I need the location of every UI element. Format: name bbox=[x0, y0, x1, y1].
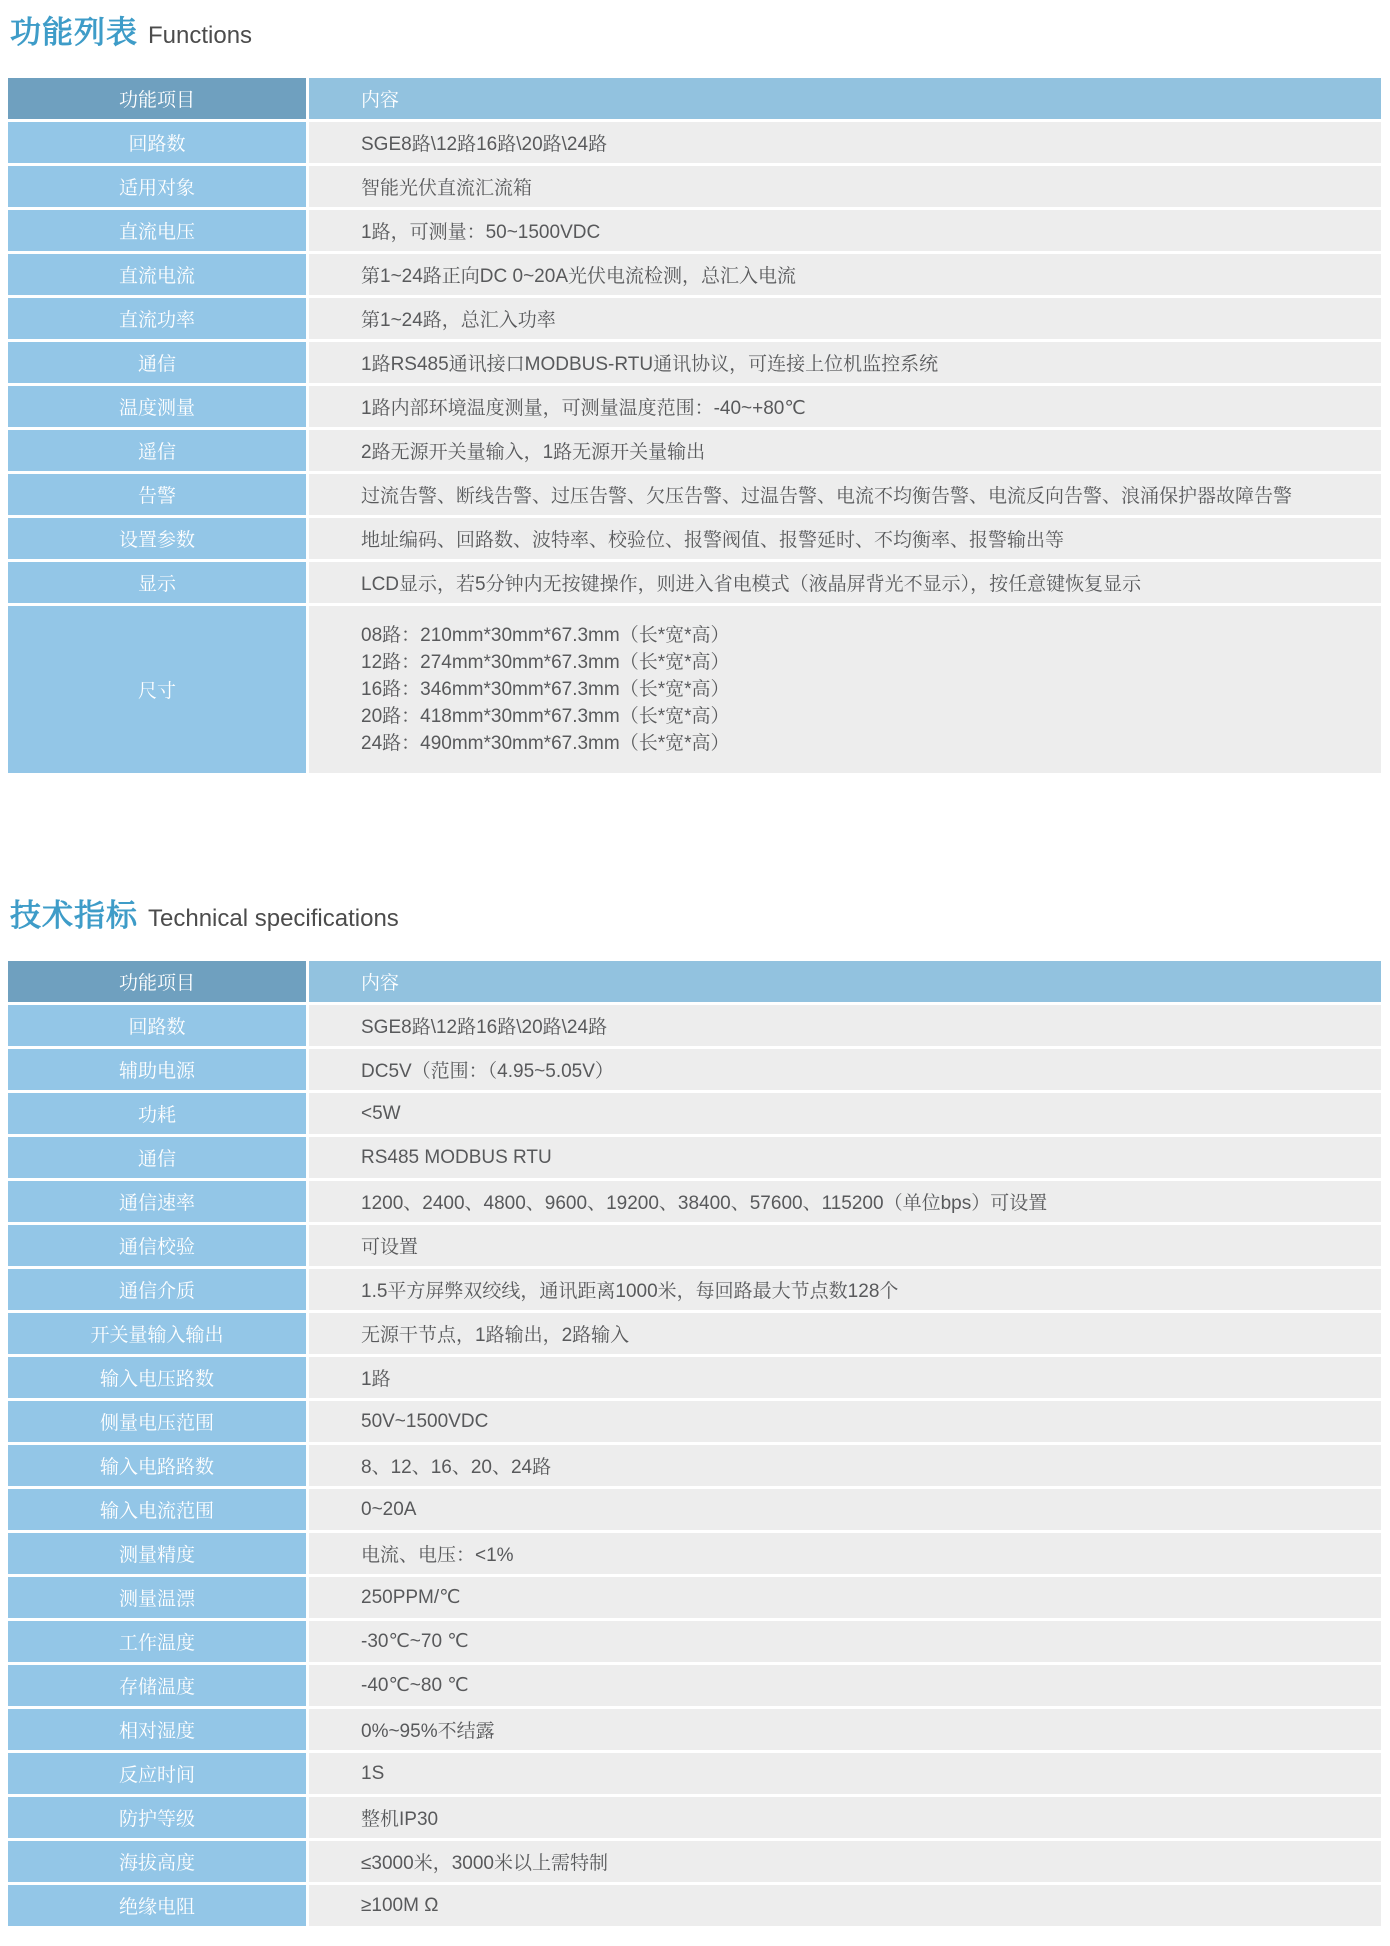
specs-row-label-insulation: 绝缘电阻 bbox=[8, 1885, 306, 1926]
specs-row-value-operating-temp: -30℃~70 ℃ bbox=[309, 1621, 1381, 1662]
specs-row-label-switch-io: 开关量输入输出 bbox=[8, 1313, 306, 1354]
specs-row-value-temp-drift: 250PPM/℃ bbox=[309, 1577, 1381, 1618]
specs-row-label-current-range: 输入电流范围 bbox=[8, 1489, 306, 1530]
functions-row-label-dc-voltage: 直流电压 bbox=[8, 210, 306, 251]
specs-row-label-altitude: 海拔高度 bbox=[8, 1841, 306, 1882]
specs-row-value-insulation: ≥100M Ω bbox=[309, 1885, 1381, 1926]
specs-row-label-communication: 通信 bbox=[8, 1137, 306, 1178]
functions-row-value-remote-signal: 2路无源开关量输入，1路无源开关量输出 bbox=[309, 430, 1381, 471]
functions-row-value-display: LCD显示，若5分钟内无按键操作，则进入省电模式（液晶屏背光不显示），按任意键恢… bbox=[309, 562, 1381, 603]
functions-row-label-dc-power: 直流功率 bbox=[8, 298, 306, 339]
specs-row-label-storage-temp: 存储温度 bbox=[8, 1665, 306, 1706]
specs-row-value-response-time: 1S bbox=[309, 1753, 1381, 1794]
functions-row-label-parameters: 设置参数 bbox=[8, 518, 306, 559]
functions-row-label-remote-signal: 遥信 bbox=[8, 430, 306, 471]
dimension-line-8ch: 08路：210mm*30mm*67.3mm（长*宽*高） bbox=[361, 622, 730, 649]
functions-row-label-application: 适用对象 bbox=[8, 166, 306, 207]
specs-title-en: Technical specifications bbox=[148, 905, 399, 932]
functions-row-value-communication: 1路RS485通讯接口MODBUS-RTU通讯协议，可连接上位机监控系统 bbox=[309, 342, 1381, 383]
functions-row-value-dimensions: 08路：210mm*30mm*67.3mm（长*宽*高） 12路：274mm*3… bbox=[309, 606, 1381, 773]
functions-row-label-alarm: 告警 bbox=[8, 474, 306, 515]
functions-title-zh: 功能列表 bbox=[10, 15, 138, 50]
spec-sheet-page: 功能列表Functions 功能项目 内容 回路数 SGE8路\12路16路\2… bbox=[0, 0, 1390, 1942]
specs-row-value-accuracy: 电流、电压：<1% bbox=[309, 1533, 1381, 1574]
specs-row-label-response-time: 反应时间 bbox=[8, 1753, 306, 1794]
specs-row-value-aux-power: DC5V（范围：（4.95~5.05V） bbox=[309, 1049, 1381, 1090]
specs-row-label-voltage-range: 侧量电压范围 bbox=[8, 1401, 306, 1442]
functions-row-value-loops: SGE8路\12路16路\20路\24路 bbox=[309, 122, 1381, 163]
specs-row-label-accuracy: 测量精度 bbox=[8, 1533, 306, 1574]
dimension-line-12ch: 12路：274mm*30mm*67.3mm（长*宽*高） bbox=[361, 649, 730, 676]
functions-row-value-dc-voltage: 1路，可测量：50~1500VDC bbox=[309, 210, 1381, 251]
dimension-line-24ch: 24路：490mm*30mm*67.3mm（长*宽*高） bbox=[361, 730, 730, 757]
specs-header-content-col: 内容 bbox=[309, 961, 1381, 1002]
functions-row-value-dc-current: 第1~24路正向DC 0~20A光伏电流检测，总汇入电流 bbox=[309, 254, 1381, 295]
functions-header-item-col: 功能项目 bbox=[8, 78, 306, 119]
specs-row-value-power-consumption: <5W bbox=[309, 1093, 1381, 1134]
specs-row-value-voltage-range: 50V~1500VDC bbox=[309, 1401, 1381, 1442]
specs-row-label-humidity: 相对湿度 bbox=[8, 1709, 306, 1750]
functions-row-label-dimensions: 尺寸 bbox=[8, 606, 306, 773]
functions-table: 功能项目 内容 回路数 SGE8路\12路16路\20路\24路 适用对象 智能… bbox=[8, 78, 1381, 773]
specs-row-label-loops: 回路数 bbox=[8, 1005, 306, 1046]
functions-row-value-application: 智能光伏直流汇流箱 bbox=[309, 166, 1381, 207]
dimension-line-16ch: 16路：346mm*30mm*67.3mm（长*宽*高） bbox=[361, 676, 730, 703]
specs-row-label-operating-temp: 工作温度 bbox=[8, 1621, 306, 1662]
functions-row-value-dc-power: 第1~24路，总汇入功率 bbox=[309, 298, 1381, 339]
specs-row-label-voltage-channels: 输入电压路数 bbox=[8, 1357, 306, 1398]
specs-title-zh: 技术指标 bbox=[10, 898, 138, 933]
specs-row-value-switch-io: 无源干节点，1路输出，2路输入 bbox=[309, 1313, 1381, 1354]
specs-row-label-circuit-channels: 输入电路路数 bbox=[8, 1445, 306, 1486]
functions-title-en: Functions bbox=[148, 22, 252, 49]
specs-row-value-altitude: ≤3000米，3000米以上需特制 bbox=[309, 1841, 1381, 1882]
functions-header-content-col: 内容 bbox=[309, 78, 1381, 119]
specs-row-value-storage-temp: -40℃~80 ℃ bbox=[309, 1665, 1381, 1706]
specs-row-label-comm-medium: 通信介质 bbox=[8, 1269, 306, 1310]
functions-row-label-temperature: 温度测量 bbox=[8, 386, 306, 427]
specs-row-value-current-range: 0~20A bbox=[309, 1489, 1381, 1530]
specs-row-value-loops: SGE8路\12路16路\20路\24路 bbox=[309, 1005, 1381, 1046]
functions-row-value-alarm: 过流告警、断线告警、过压告警、欠压告警、过温告警、电流不均衡告警、电流反向告警、… bbox=[309, 474, 1381, 515]
specs-row-label-comm-parity: 通信校验 bbox=[8, 1225, 306, 1266]
specs-row-label-power-consumption: 功耗 bbox=[8, 1093, 306, 1134]
dimension-line-20ch: 20路：418mm*30mm*67.3mm（长*宽*高） bbox=[361, 703, 730, 730]
specs-section: 技术指标Technical specifications 功能项目 内容 回路数… bbox=[0, 897, 1390, 1926]
specs-row-value-comm-parity: 可设置 bbox=[309, 1225, 1381, 1266]
functions-row-label-dc-current: 直流电流 bbox=[8, 254, 306, 295]
specs-row-value-comm-rate: 1200、2400、4800、9600、19200、38400、57600、11… bbox=[309, 1181, 1381, 1222]
specs-row-label-comm-rate: 通信速率 bbox=[8, 1181, 306, 1222]
specs-table: 功能项目 内容 回路数 SGE8路\12路16路\20路\24路 辅助电源 DC… bbox=[8, 961, 1381, 1926]
specs-row-value-voltage-channels: 1路 bbox=[309, 1357, 1381, 1398]
specs-row-value-communication: RS485 MODBUS RTU bbox=[309, 1137, 1381, 1178]
functions-section-title: 功能列表Functions bbox=[10, 14, 1390, 58]
specs-row-value-protection-level: 整机IP30 bbox=[309, 1797, 1381, 1838]
specs-row-value-comm-medium: 1.5平方屏弊双绞线，通讯距离1000米，每回路最大节点数128个 bbox=[309, 1269, 1381, 1310]
specs-row-label-temp-drift: 测量温漂 bbox=[8, 1577, 306, 1618]
functions-row-label-display: 显示 bbox=[8, 562, 306, 603]
specs-header-item-col: 功能项目 bbox=[8, 961, 306, 1002]
specs-section-title: 技术指标Technical specifications bbox=[10, 897, 1390, 941]
functions-section: 功能列表Functions 功能项目 内容 回路数 SGE8路\12路16路\2… bbox=[0, 14, 1390, 773]
functions-row-label-loops: 回路数 bbox=[8, 122, 306, 163]
specs-row-value-circuit-channels: 8、12、16、20、24路 bbox=[309, 1445, 1381, 1486]
specs-row-label-aux-power: 辅助电源 bbox=[8, 1049, 306, 1090]
specs-row-label-protection-level: 防护等级 bbox=[8, 1797, 306, 1838]
functions-row-value-parameters: 地址编码、回路数、波特率、校验位、报警阀值、报警延时、不均衡率、报警输出等 bbox=[309, 518, 1381, 559]
functions-row-value-temperature: 1路内部环境温度测量，可测量温度范围：-40~+80℃ bbox=[309, 386, 1381, 427]
specs-row-value-humidity: 0%~95%不结露 bbox=[309, 1709, 1381, 1750]
functions-row-label-communication: 通信 bbox=[8, 342, 306, 383]
